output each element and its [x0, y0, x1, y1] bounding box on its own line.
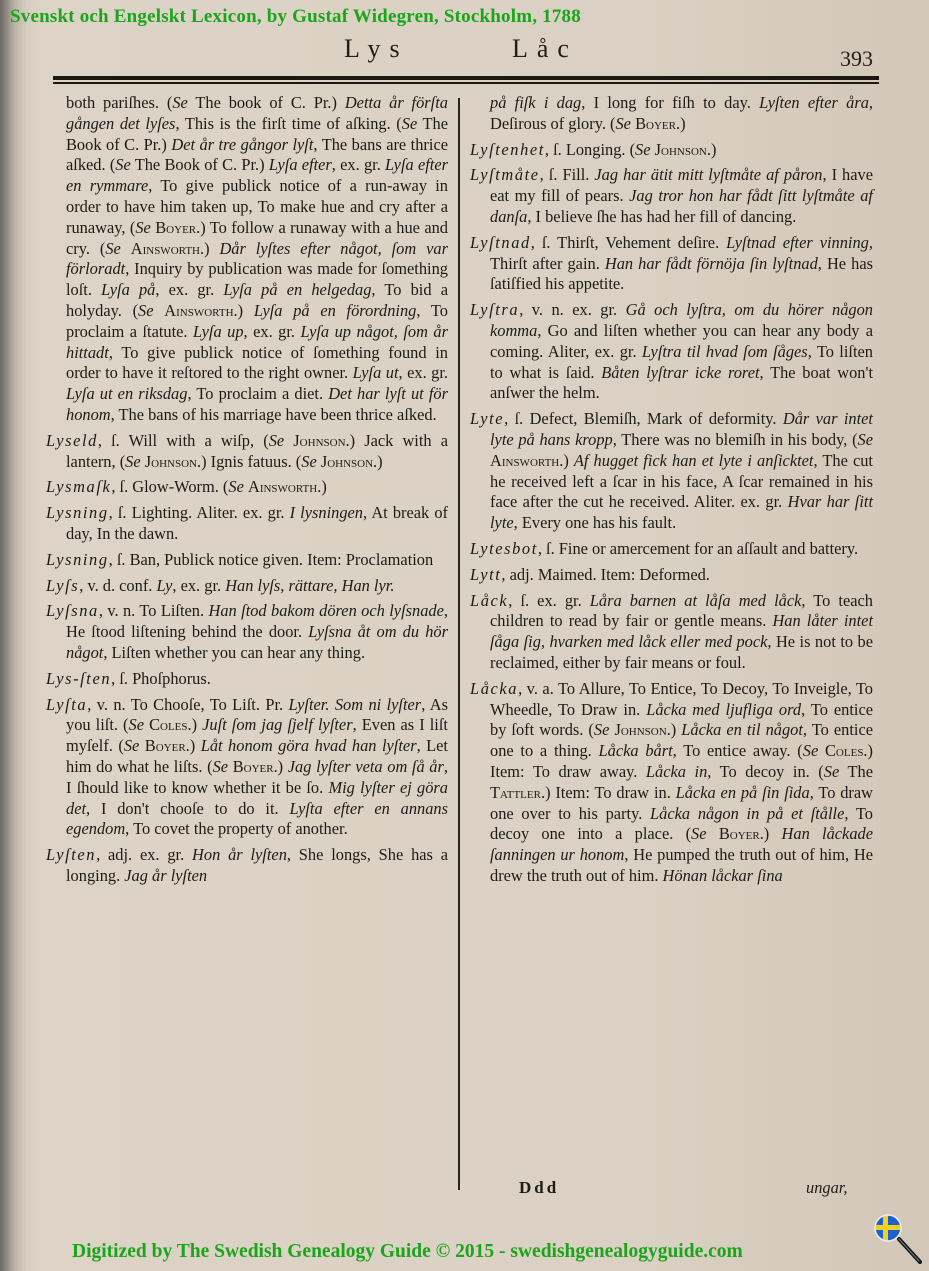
definition-text: , To proclaim a diet. [187, 384, 328, 403]
swedish-example: Se [135, 218, 150, 237]
definition-text: , ſ. Lighting. Aliter. ex. gr. [109, 503, 290, 522]
swedish-example: Se [138, 301, 153, 320]
headword: Lytesbot [470, 539, 538, 558]
definition-text: , ex. gr. [172, 576, 225, 595]
definition-text: , ſ. Phoſphorus. [111, 669, 211, 688]
dictionary-entry: Lyſtnad, ſ. Thirſt, Vehement deſire. Lyſ… [470, 233, 873, 295]
swedish-example: Se [129, 715, 144, 734]
source-citation: Ainsworth. [490, 451, 563, 470]
definition-text: ) [278, 757, 288, 776]
swedish-example: Se [172, 93, 187, 112]
headword: Lysning [46, 503, 109, 522]
headword: Låcka [470, 679, 518, 698]
swedish-example: Lyſtra til hvad ſom ſåges [642, 342, 808, 361]
running-head-left: Lys [344, 34, 409, 64]
definition-text: , The bans of his marriage have been thr… [111, 405, 437, 424]
swedish-example: Se [635, 140, 650, 159]
definition-text: , ex. gr. [399, 363, 449, 382]
swedish-example: Lyſa efter [269, 155, 332, 174]
swedish-example: Se [213, 757, 228, 776]
swedish-example: Båten lyſtrar icke roret [601, 363, 759, 382]
dictionary-entry: Lyſsna, v. n. To Liſten. Han ſtod bakom … [46, 601, 448, 663]
definition-text: , v. n. ex. gr. [519, 300, 625, 319]
dictionary-entry: Lyſtra, v. n. ex. gr. Gå och lyſtra, om … [470, 300, 873, 404]
source-citation: Ainsworth. [248, 477, 321, 496]
swedish-example: Det år tre gångor lyſt [171, 135, 313, 154]
definition-text: , Every one has his fault. [514, 513, 677, 532]
definition-text: ) Item: To draw in. [545, 783, 676, 802]
swedish-example: Han lyſs, rättare, Han lyr. [225, 576, 394, 595]
definition-text: , ſ. Thirſt, Vehement deſire. [531, 233, 726, 252]
source-citation: Boyer. [719, 824, 764, 843]
definition-text: , Liſten whether you can hear any thing. [103, 643, 365, 662]
definition-text: , ſ. Fill. [540, 165, 595, 184]
headword: Lytt [470, 565, 501, 584]
swedish-example: Låcka en på ſin ſida [676, 783, 810, 802]
headword: Lys-ſten [46, 669, 111, 688]
definition-text: , adj. Maimed. Item: Deformed. [501, 565, 709, 584]
swedish-flag-magnifier-icon [873, 1213, 925, 1265]
swedish-example: Han ſtod bakom dören och lyſsnade [209, 601, 444, 620]
swedish-example: Se [858, 430, 873, 449]
swedish-example: Låcka någon in på et ſtålle [650, 804, 844, 823]
swedish-example: Se [615, 114, 630, 133]
running-head: Lys Låc 393 [0, 34, 929, 74]
source-citation: Ainsworth. [131, 239, 204, 258]
running-head-right: Låc [512, 34, 578, 64]
definition-text: , ſ. Longing. ( [545, 140, 635, 159]
definition-text: , ſ. ex. gr. [508, 591, 590, 610]
swedish-example: Jag år lyſten [124, 866, 207, 885]
dictionary-entry: Lyſtenhet, ſ. Longing. (Se Johnson.) [470, 140, 873, 161]
dictionary-entry: Lyſta, v. n. To Chooſe, To Liſt. Pr. Lyſ… [46, 695, 448, 841]
dictionary-entry: Lytesbot, ſ. Fine or amercement for an a… [470, 539, 873, 560]
headword: Lyſs [46, 576, 79, 595]
swedish-example: Jag lyſter veta om ſå år [288, 757, 444, 776]
swedish-example: Lyſtnad efter vinning [726, 233, 869, 252]
swedish-example: Jag har ätit mitt lyſtmåte af påron [594, 165, 822, 184]
swedish-example: Lyſa på en förordning [254, 301, 417, 320]
headword: Lyseld [46, 431, 98, 450]
swedish-example: Låcka en til något [681, 720, 803, 739]
swedish-example: Hon år lyſten [192, 845, 287, 864]
definition-text: both pariſhes. ( [66, 93, 172, 112]
swedish-example: Han har fådt förnöja ſin lyſtnad [605, 254, 818, 273]
swedish-example: Låcka med ljufliga ord [646, 700, 801, 719]
swedish-example: Juſt ſom jag ſjelf lyſter [202, 715, 352, 734]
swedish-example: Lyſa up [193, 322, 244, 341]
swedish-example: Se [402, 114, 417, 133]
swedish-example: Se [301, 452, 316, 471]
dictionary-entry: Lys-ſten, ſ. Phoſphorus. [46, 669, 448, 690]
definition-text: , This is the firſt time of aſking. ( [175, 114, 401, 133]
dictionary-entry: Lysmaſk, ſ. Glow-Worm. (Se Ainsworth.) [46, 477, 448, 498]
definition-text: ) [563, 451, 574, 470]
dictionary-entry: Lyte, ſ. Defect, Blemiſh, Mark of deform… [470, 409, 873, 534]
definition-text: , I long for fiſh to day. [581, 93, 759, 112]
definition-text [121, 239, 131, 258]
column-divider [458, 98, 460, 1190]
right-column: på fiſk i dag, I long for fiſh to day. L… [470, 93, 873, 892]
swedish-example: Lyſten efter åra [759, 93, 869, 112]
swedish-example: Se [105, 239, 120, 258]
definition-text [707, 824, 719, 843]
definition-text: ) [238, 301, 254, 320]
source-citation: Coles. [825, 741, 868, 760]
definition-text: , ſ. Ban, Publick notice given. Item: Pr… [109, 550, 434, 569]
definition-text: ) [321, 477, 326, 496]
source-citation: Ainsworth. [164, 301, 237, 320]
definition-text: , v. n. To Chooſe, To Liſt. Pr. [87, 695, 288, 714]
source-citation: Johnson. [655, 140, 711, 159]
dictionary-entry: Låcka, v. a. To Allure, To Entice, To De… [470, 679, 873, 887]
source-citation: Boyer. [635, 114, 680, 133]
headword: Lyſtnad [470, 233, 531, 252]
definition-text: , To entice away. ( [673, 741, 803, 760]
swedish-example: I lysningen [290, 503, 363, 522]
swedish-example: Låcka bårt [599, 741, 673, 760]
entry-continuation: both pariſhes. (Se The book of C. Pr.) D… [46, 93, 448, 426]
definition-text: ) Ignis fatuus. ( [201, 452, 301, 471]
dictionary-entry: Låck, ſ. ex. gr. Låra barnen at låſa med… [470, 591, 873, 674]
headword: Lyſtmåte [470, 165, 540, 184]
definition-text: , v. d. conf. [79, 576, 156, 595]
definition-text: , ſ. Defect, Blemiſh, Mark of deformity. [504, 409, 783, 428]
source-citation: Boyer. [155, 218, 200, 237]
source-citation: Boyer. [145, 736, 190, 755]
definition-text: The book of C. Pr.) [188, 93, 345, 112]
watermark-title: Svenskt och Engelskt Lexicon, by Gustaf … [10, 6, 581, 28]
swedish-example: Se [269, 431, 284, 450]
swedish-example: Se [594, 720, 609, 739]
definition-text: , v. n. To Liſten. [99, 601, 209, 620]
headword: Lyſtra [470, 300, 519, 319]
definition-text: , I believe ſhe has had her fill of danc… [527, 207, 796, 226]
definition-text: ) [671, 720, 682, 739]
source-citation: Johnson. [145, 452, 201, 471]
dictionary-entry: Lysning, ſ. Ban, Publick notice given. I… [46, 550, 448, 571]
definition-text [284, 431, 293, 450]
headword: Lyſtenhet [470, 140, 545, 159]
watermark-credit: Digitized by The Swedish Genealogy Guide… [72, 1241, 743, 1263]
swedish-example: Se [824, 762, 839, 781]
definition-text: ) [680, 114, 685, 133]
definition-text: , There was no blemiſh in his body, ( [613, 430, 858, 449]
swedish-example: Lyſter. Som ni lyſter [289, 695, 422, 714]
swedish-example: Se [228, 477, 243, 496]
definition-text: ) [711, 140, 716, 159]
headword: Lysmaſk [46, 477, 111, 496]
swedish-example: Se [125, 452, 140, 471]
definition-text: , ex. gr. [155, 280, 223, 299]
definition-text: ) [377, 452, 382, 471]
source-citation: Tattler. [490, 783, 545, 802]
swedish-example: Se [124, 736, 139, 755]
definition-text: , ex. gr. [332, 155, 385, 174]
source-citation: Johnson. [293, 431, 349, 450]
dictionary-entry: Lyſten, adj. ex. gr. Hon år lyſten, She … [46, 845, 448, 887]
source-citation: Coles. [149, 715, 192, 734]
swedish-example: Hönan låckar ſina [663, 866, 783, 885]
left-column: both pariſhes. (Se The book of C. Pr.) D… [46, 93, 448, 892]
swedish-example: på fiſk i dag [490, 93, 581, 112]
source-citation: Johnson. [321, 452, 377, 471]
swedish-example: Se [691, 824, 706, 843]
entry-continuation: på fiſk i dag, I long for fiſh to day. L… [470, 93, 873, 135]
swedish-example: Låt honom göra hvad han lyſter [201, 736, 417, 755]
definition-text: , I don't chooſe to do it. [86, 799, 289, 818]
source-citation: Boyer. [233, 757, 278, 776]
definition-text: , ſ. Glow-Worm. ( [111, 477, 228, 496]
headword: Lyſta [46, 695, 87, 714]
headword: Lyte [470, 409, 504, 428]
definition-text: ) [192, 715, 203, 734]
definition-text: ) [190, 736, 201, 755]
swedish-example: Låra barnen at låſa med låck [590, 591, 802, 610]
definition-text: ) [204, 239, 219, 258]
page-number: 393 [840, 46, 873, 72]
definition-text: , adj. ex. gr. [96, 845, 192, 864]
dictionary-entry: Lyſs, v. d. conf. Ly, ex. gr. Han lyſs, … [46, 576, 448, 597]
definition-text: The [839, 762, 873, 781]
definition-text: , ſ. Fine or amercement for an aſſault a… [538, 539, 858, 558]
swedish-example: Ly [156, 576, 172, 595]
dictionary-entry: Lyſtmåte, ſ. Fill. Jag har ätit mitt lyſ… [470, 165, 873, 227]
swedish-example: Lyſa ut en riksdag [66, 384, 187, 403]
definition-text: , To covet the property of another. [125, 819, 348, 838]
swedish-example: Se [803, 741, 818, 760]
definition-text: , ex. gr. [244, 322, 301, 341]
catchword: ungar, [806, 1178, 847, 1198]
headword: Lyſten [46, 845, 96, 864]
swedish-example: Se [115, 155, 130, 174]
header-rule [53, 76, 879, 84]
swedish-example: Af hugget fick han et lyte i anſicktet [574, 451, 814, 470]
definition-text: The Book of C. Pr.) [131, 155, 269, 174]
dictionary-entry: Lysning, ſ. Lighting. Aliter. ex. gr. I … [46, 503, 448, 545]
swedish-example: Lyſa ut [353, 363, 399, 382]
signature-mark: Ddd [519, 1178, 559, 1198]
headword: Lyſsna [46, 601, 99, 620]
definition-text: ) [764, 824, 782, 843]
definition-text [154, 301, 165, 320]
dictionary-entry: Lytt, adj. Maimed. Item: Deformed. [470, 565, 873, 586]
swedish-example: Låcka in [646, 762, 707, 781]
headword: Lysning [46, 550, 109, 569]
dictionary-entry: Lyseld, ſ. Will with a wiſp, (Se Johnson… [46, 431, 448, 473]
definition-text [818, 741, 825, 760]
swedish-example: Lyſa på en helgedag [223, 280, 371, 299]
definition-text: , To decoy in. ( [707, 762, 823, 781]
headword: Låck [470, 591, 508, 610]
source-citation: Johnson. [614, 720, 670, 739]
definition-text: , ſ. Will with a wiſp, ( [98, 431, 269, 450]
swedish-example: Lyſa på [101, 280, 155, 299]
